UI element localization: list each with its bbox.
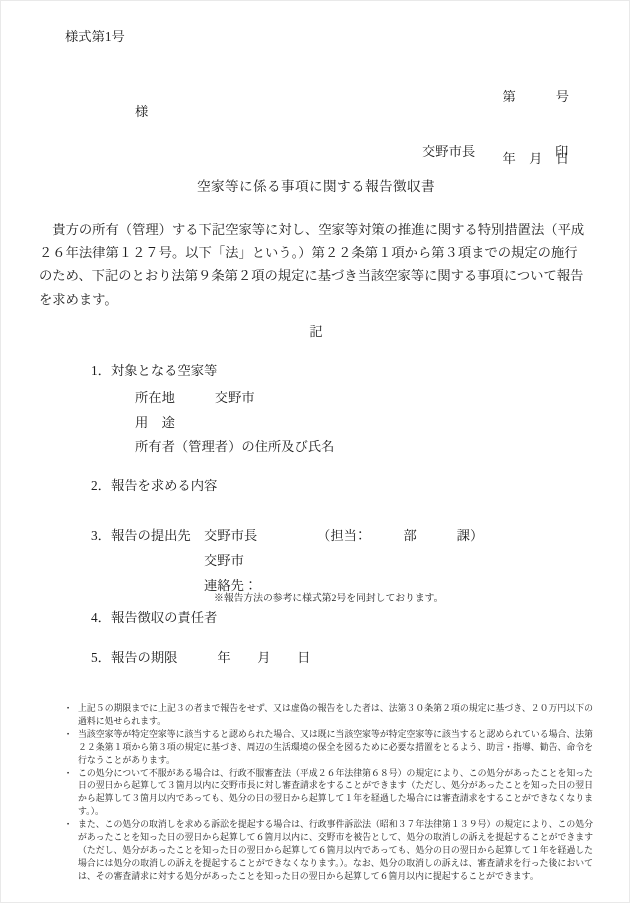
bullet-icon: ・ xyxy=(62,702,74,715)
sub-item-owner: 所有者（管理者）の住所及び氏名 xyxy=(135,439,334,454)
footnote-item: ・ また、この処分の取消しを求める訴訟を提起する場合は、行政事件訴訟法（昭和３７… xyxy=(45,818,593,883)
sub-item-usage: 用 途 xyxy=(135,415,175,430)
sub-item-contact: 連絡先： xyxy=(204,578,257,593)
bullet-icon: ・ xyxy=(62,818,74,831)
numbered-item-2: 2．報告を求める内容 xyxy=(91,478,217,493)
footnote-text: また、この処分の取消しを求める訴訟を提起する場合は、行政事件訴訟法（昭和３７年法… xyxy=(78,819,593,881)
document-title: 空家等に係る事項に関する報告徴収書 xyxy=(1,179,630,195)
sub-item-city: 交野市 xyxy=(204,553,244,568)
document-page: 様式第1号 第 号 年 月 日 様 交野市長 印 空家等に係る事項に関する報告徴… xyxy=(0,0,630,903)
sub-item-location: 所在地 交野市 xyxy=(135,390,255,405)
numbered-item-3: 3．報告の提出先 交野市長 （担当： 部 課） xyxy=(91,528,483,543)
bullet-icon: ・ xyxy=(62,728,74,741)
numbered-item-5: 5．報告の期限 年 月 日 xyxy=(91,650,310,665)
footnote-item: ・ 上記５の期限までに上記３の者まで報告をせず、又は虚偽の報告をした者は、法第３… xyxy=(45,702,593,728)
form-number: 様式第1号 xyxy=(65,29,125,44)
ki-marker: 記 xyxy=(1,324,630,339)
footnote-list: ・ 上記５の期限までに上記３の者まで報告をせず、又は虚偽の報告をした者は、法第３… xyxy=(45,702,593,883)
addressee-honorific: 様 xyxy=(135,104,148,119)
body-paragraph: 貴方の所有（管理）する下記空家等に対し、空家等対策の推進に関する特別措置法（平成… xyxy=(39,218,591,311)
bullet-icon: ・ xyxy=(62,767,74,780)
issuer-signature-line: 交野市長 印 xyxy=(422,144,568,159)
footnote-text: この処分について不服がある場合は、行政不服審査法（平成２６年法律第６８号）の規定… xyxy=(78,768,593,817)
numbered-item-1: 1．対象となる空家等 xyxy=(91,363,217,378)
footnote-item: ・ この処分について不服がある場合は、行政不服審査法（平成２６年法律第６８号）の… xyxy=(45,767,593,819)
footnote-text: 上記５の期限までに上記３の者まで報告をせず、又は虚偽の報告をした者は、法第３０条… xyxy=(78,703,593,726)
numbered-item-4: 4．報告徴収の責任者 xyxy=(91,610,217,625)
footnote-text: 当該空家等が特定空家等に該当すると認められた場合、又は既に当該空家等が特定空家等… xyxy=(78,729,593,765)
footnote-item: ・ 当該空家等が特定空家等に該当すると認められた場合、又は既に当該空家等が特定空… xyxy=(45,728,593,767)
attachment-note: ※報告方法の参考に様式第2号を同封しております。 xyxy=(214,593,443,604)
document-number-line: 第 号 xyxy=(503,87,569,108)
